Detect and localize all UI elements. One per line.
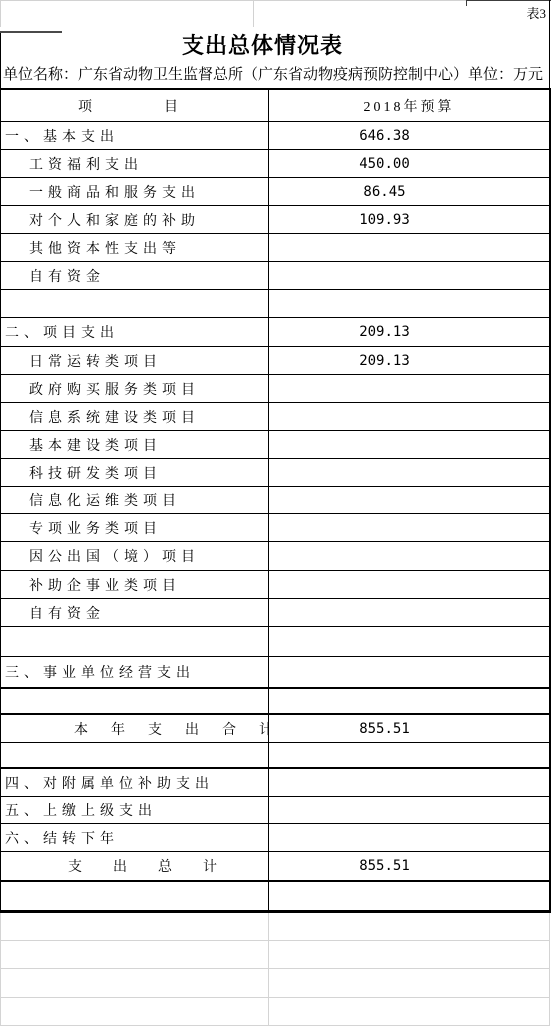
value-cell: 209.13 [269, 318, 549, 346]
budget-report-page: 表3 支出总体情况表 单位名称：广东省动物卫生监督总所（广东省动物疫病预防控制中… [0, 0, 551, 1029]
gridline-vertical [253, 1, 254, 27]
table-row: 四、对附属单位补助支出 [1, 769, 549, 797]
value-cell [269, 542, 549, 570]
item-cell [1, 743, 269, 767]
table-row: 政府购买服务类项目 [1, 375, 549, 403]
item-cell: 五、上缴上级支出 [1, 797, 269, 823]
value-cell: 646.38 [269, 122, 549, 149]
table-row: 对个人和家庭的补助 109.93 [1, 206, 549, 234]
table-row-grand-total: 支出总计 855.51 [1, 852, 549, 882]
item-cell: 工资福利支出 [1, 150, 269, 177]
item-cell: 自有资金 [1, 599, 269, 626]
table-row: 补助企事业类项目 [1, 571, 549, 599]
value-cell [269, 262, 549, 289]
item-cell: 专项业务类项目 [1, 514, 269, 541]
table-row-subtotal: 本年支出合计 855.51 [1, 715, 549, 743]
value-cell [269, 627, 549, 656]
table-row: 五、上缴上级支出 [1, 797, 549, 824]
value-cell [269, 403, 549, 430]
value-cell [269, 459, 549, 486]
left-border [0, 31, 1, 88]
table-row: 基本建设类项目 [1, 431, 549, 459]
table-row: 因公出国（境）项目 [1, 542, 549, 571]
grid-cell [1, 913, 269, 940]
value-cell [269, 431, 549, 458]
grid-cell [269, 969, 549, 997]
value-cell: 86.45 [269, 178, 549, 205]
right-border [549, 0, 550, 88]
value-cell [269, 599, 549, 626]
title-row: 支出总体情况表 [0, 27, 551, 62]
item-cell: 其他资本性支出等 [1, 234, 269, 261]
value-cell: 855.51 [269, 852, 549, 880]
value-cell: 109.93 [269, 206, 549, 233]
table-row-blank [1, 882, 549, 910]
value-cell [269, 571, 549, 598]
header-item-cell: 项目 [1, 90, 269, 121]
table-row: 一、基本支出 646.38 [1, 122, 549, 150]
grid-cell [1, 941, 269, 968]
value-cell [269, 657, 549, 687]
item-cell: 六、结转下年 [1, 824, 269, 851]
item-cell: 基本建设类项目 [1, 431, 269, 458]
table-row-blank [1, 689, 549, 715]
value-cell [269, 882, 549, 910]
table-row: 三、事业单位经营支出 [1, 657, 549, 689]
table-row-blank [1, 627, 549, 657]
value-cell [269, 290, 549, 317]
item-cell: 因公出国（境）项目 [1, 542, 269, 570]
unit-name-line: 单位名称：广东省动物卫生监督总所（广东省动物疫病预防控制中心）单位：万元 [0, 62, 551, 88]
table-number-tag: 表3 [526, 1, 546, 27]
grid-cell [269, 998, 549, 1025]
table-row: 六、结转下年 [1, 824, 549, 852]
grid-row [1, 969, 549, 998]
value-cell [269, 689, 549, 713]
table-header-row: 项目 2018年预算 [1, 90, 549, 122]
value-cell [269, 514, 549, 541]
item-cell [1, 290, 269, 317]
item-cell: 支出总计 [1, 852, 269, 880]
item-cell: 补助企事业类项目 [1, 571, 269, 598]
table-row: 自有资金 [1, 599, 549, 627]
header-value-cell: 2018年预算 [269, 90, 549, 121]
item-cell: 三、事业单位经营支出 [1, 657, 269, 687]
item-cell: 信息系统建设类项目 [1, 403, 269, 430]
item-cell: 二、项目支出 [1, 318, 269, 346]
item-cell: 科技研发类项目 [1, 459, 269, 486]
value-cell [269, 234, 549, 261]
gridline-vertical [0, 1, 1, 27]
item-cell: 一般商品和服务支出 [1, 178, 269, 205]
grid-cell [269, 913, 549, 940]
empty-spreadsheet-grid [0, 913, 550, 1026]
value-cell [269, 743, 549, 767]
item-cell [1, 627, 269, 656]
grid-row [1, 913, 549, 941]
grid-cell [1, 998, 269, 1025]
table-row: 工资福利支出 450.00 [1, 150, 549, 178]
table-row: 二、项目支出 209.13 [1, 318, 549, 347]
grid-cell [269, 941, 549, 968]
value-cell [269, 769, 549, 796]
sheet-corner-strip: 表3 [0, 0, 551, 27]
item-cell: 信息化运维类项目 [1, 487, 269, 513]
item-cell: 对个人和家庭的补助 [1, 206, 269, 233]
table-row: 专项业务类项目 [1, 514, 549, 542]
grid-row [1, 998, 549, 1026]
table-row: 日常运转类项目 209.13 [1, 347, 549, 375]
table-row: 其他资本性支出等 [1, 234, 549, 262]
table-row-blank [1, 743, 549, 769]
gridline-vertical [466, 1, 467, 6]
table-row-blank [1, 290, 549, 318]
table-row: 信息化运维类项目 [1, 487, 549, 514]
value-cell [269, 797, 549, 823]
item-cell: 本年支出合计 [1, 715, 269, 742]
table-row: 科技研发类项目 [1, 459, 549, 487]
value-cell: 209.13 [269, 347, 549, 374]
expenditure-table: 项目 2018年预算 一、基本支出 646.38 工资福利支出 450.00 一… [0, 88, 551, 913]
table-row: 一般商品和服务支出 86.45 [1, 178, 549, 206]
item-cell: 一、基本支出 [1, 122, 269, 149]
value-cell [269, 375, 549, 402]
page-title: 支出总体情况表 [182, 29, 343, 60]
value-cell [269, 487, 549, 513]
gridline-horizontal [0, 31, 62, 33]
value-cell: 450.00 [269, 150, 549, 177]
value-cell [269, 824, 549, 851]
item-cell: 政府购买服务类项目 [1, 375, 269, 402]
item-cell: 日常运转类项目 [1, 347, 269, 374]
grid-cell [1, 969, 269, 997]
table-row: 自有资金 [1, 262, 549, 290]
value-cell: 855.51 [269, 715, 549, 742]
table-row: 信息系统建设类项目 [1, 403, 549, 431]
item-cell [1, 689, 269, 713]
item-cell: 自有资金 [1, 262, 269, 289]
grid-row [1, 941, 549, 969]
item-cell [1, 882, 269, 910]
item-cell: 四、对附属单位补助支出 [1, 769, 269, 796]
